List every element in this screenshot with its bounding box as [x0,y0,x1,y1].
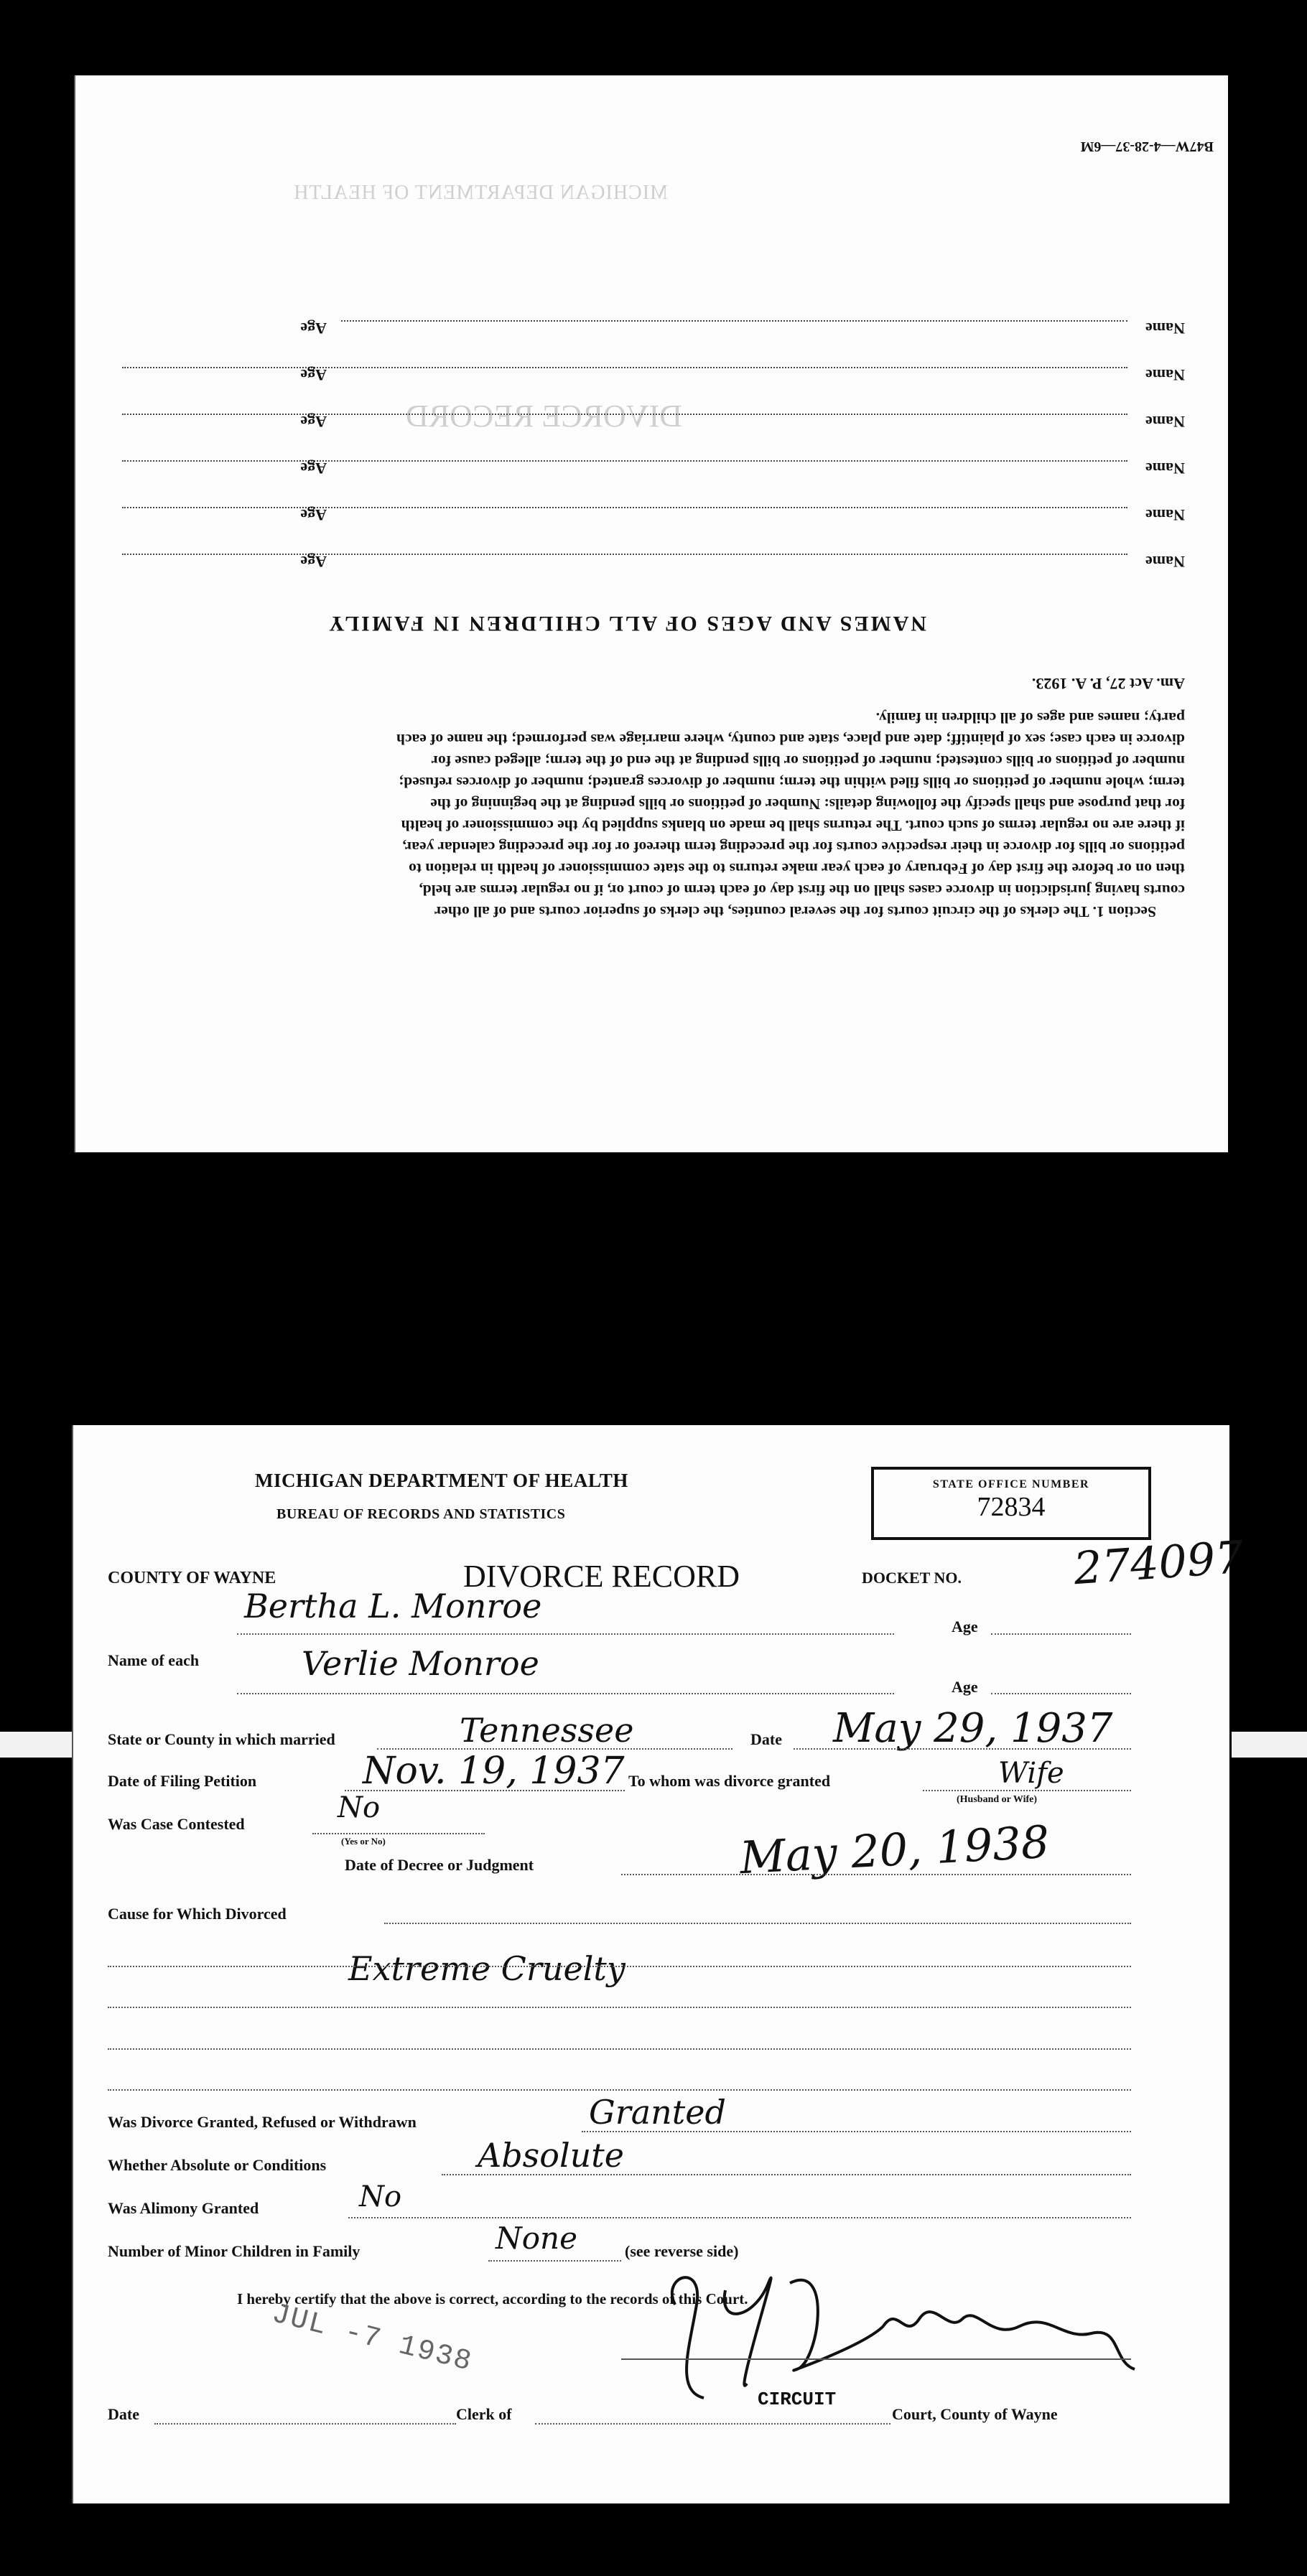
outcome-value: Granted [589,2093,726,2132]
cause-line-1 [384,1923,1131,1924]
state-office-number-label: STATE OFFICE NUMBER [874,1478,1148,1491]
statute-line: if there are no regular terms of such co… [129,815,1185,836]
child-name-line [122,554,1127,555]
party1-name: Bertha L. Monroe [244,1587,541,1625]
state-office-number-value: 72834 [874,1491,1148,1523]
child-name-line [341,320,1127,322]
granted-to-label: To whom was divorce granted [628,1772,830,1791]
party1-line [237,1633,894,1635]
statute-line: courts having jurisdiction in divorce ca… [129,879,1185,901]
party2-name: Verlie Monroe [302,1644,539,1683]
statute-line: then on or before the first day of Febru… [129,858,1185,879]
statute-line: number of petitions or bills contested; … [129,750,1185,772]
date-stamp: JUL -7 1938 [269,2298,475,2379]
county-label: COUNTY OF WAYNE [108,1569,276,1588]
child-name-line [122,367,1127,368]
signature-scrawl-icon [646,2262,1149,2405]
statute-line: divorce in each case; sex of plaintiff; … [129,729,1185,750]
alimony-line [348,2217,1131,2218]
party2-line [237,1693,894,1694]
child-name-label: Name [1145,552,1185,571]
child-name-line [122,414,1127,415]
state-married-label: State or County in which married [108,1730,335,1749]
outcome-label: Was Divorce Granted, Refused or Withdraw… [108,2113,417,2132]
absolute-line [442,2174,1131,2175]
decree-date-label: Date of Decree or Judgment [345,1856,534,1875]
child-name-label: Name [1145,412,1185,431]
child-age-label: Age [300,319,327,337]
cause-line-4 [108,2048,1131,2050]
statute-line: term; whole number of petitions or bills… [129,772,1185,793]
date-label: Date [108,2405,139,2424]
child-name-line [122,507,1127,508]
children-heading: NAMES AND AGES OF ALL CHILDREN IN FAMILY [327,611,926,635]
state-office-number-box: STATE OFFICE NUMBER 72834 [871,1467,1151,1540]
marriage-date-label: Date [750,1730,782,1749]
child-row: Name Age [122,409,1185,438]
court-type: CIRCUIT [758,2389,836,2410]
child-row: Name Age [122,503,1185,531]
child-age-label: Age [300,459,327,477]
party1-age-label: Age [952,1618,978,1636]
minor-children-line [488,2260,621,2262]
contested-label: Was Case Contested [108,1815,245,1834]
alimony-label: Was Alimony Granted [108,2199,259,2218]
child-name-label: Name [1145,319,1185,337]
minor-children-value: None [496,2221,577,2256]
docket-number: 274097 [1072,1531,1245,1595]
granted-to-hint: (Husband or Wife) [957,1794,1037,1806]
statute-text: Section 1. The clerks of the circuit cou… [129,707,1185,923]
contested-hint: (Yes or No) [341,1836,386,1847]
child-row: Name Age [122,549,1185,578]
child-name-label: Name [1145,365,1185,384]
child-row: Name Age [122,456,1185,485]
cause-line-2 [108,1966,1131,1967]
decree-date-line [621,1874,1131,1875]
form-code: B47W—4-28-37—6M [1080,138,1214,154]
cause-line-3 [108,2007,1131,2008]
cause-value: Extreme Cruelty [348,1949,625,1988]
court-line [535,2423,890,2425]
child-row: Name Age [122,363,1185,391]
filing-date-label: Date of Filing Petition [108,1772,256,1791]
child-row: Name Age [122,316,1185,345]
granted-to-value: Wife [998,1757,1064,1790]
signature-line [621,2358,1131,2360]
docket-label: DOCKET NO. [862,1569,962,1587]
cause-line-5 [108,2089,1131,2091]
party1-age-line [991,1633,1131,1635]
child-age-label: Age [300,412,327,431]
court-suffix: Court, County of Wayne [892,2405,1058,2424]
statute-line: Section 1. The clerks of the circuit cou… [129,901,1185,923]
cause-label: Cause for Which Divorced [108,1905,287,1923]
marriage-date-value: May 29, 1937 [833,1705,1113,1752]
alimony-value: No [359,2180,401,2213]
absolute-value: Absolute [478,2136,624,2175]
date-line [154,2423,456,2425]
scan-artifact-band-left [0,1732,72,1758]
state-married-value: Tennessee [460,1711,633,1750]
act-reference: Am. Act 27, P. A. 1923. [1032,674,1185,693]
outcome-line [582,2131,1131,2132]
reverse-side-page: MICHIGAN DEPARTMENT OF HEALTH DIVORCE RE… [74,75,1228,1152]
filing-date-value: Nov. 19, 1937 [363,1750,625,1793]
contested-line [312,1833,485,1834]
scan-artifact-band-right [1232,1732,1307,1758]
department-heading: MICHIGAN DEPARTMENT OF HEALTH [255,1470,628,1492]
clerk-of-label: Clerk of [456,2405,512,2424]
child-age-label: Age [300,365,327,384]
bureau-heading: BUREAU OF RECORDS AND STATISTICS [276,1506,565,1523]
statute-line: party; names and ages of all children in… [129,707,1185,729]
statute-line: petitions or bills for divorce in their … [129,836,1185,858]
filing-date-line [345,1790,625,1791]
reverse-side-rotated-content: MICHIGAN DEPARTMENT OF HEALTH DIVORCE RE… [74,75,1228,1152]
statute-line: for that purpose and shall specify the f… [129,793,1185,815]
child-name-line [122,460,1127,462]
child-name-label: Name [1145,459,1185,477]
bleed-through-department: MICHIGAN DEPARTMENT OF HEALTH [293,182,668,205]
child-name-label: Name [1145,505,1185,524]
minor-children-hint: (see reverse side) [625,2242,738,2261]
name-of-each-label: Name of each [108,1651,199,1670]
child-age-label: Age [300,505,327,524]
party2-age-line [991,1693,1131,1694]
marriage-date-line [794,1748,1131,1750]
front-side-page: MICHIGAN DEPARTMENT OF HEALTH BUREAU OF … [72,1425,1229,2503]
granted-to-line [923,1790,1131,1791]
child-age-label: Age [300,552,327,571]
contested-value: No [338,1791,380,1824]
absolute-label: Whether Absolute or Conditions [108,2156,326,2175]
party2-age-label: Age [952,1678,978,1697]
minor-children-label: Number of Minor Children in Family [108,2242,360,2261]
